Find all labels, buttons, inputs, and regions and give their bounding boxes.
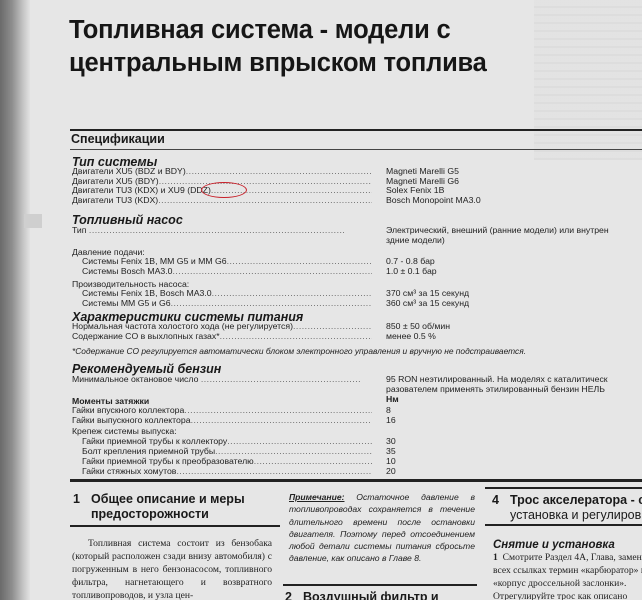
spec-row: Системы Fenix 1B, Bosch MA3.0 ..........… xyxy=(72,288,372,298)
red-highlight-circle xyxy=(201,182,247,198)
spec-label: Двигатели XU5 (BDZ и BDY) xyxy=(72,166,186,176)
spec-row: Гайки стяжных хомутов ..................… xyxy=(72,466,372,476)
leader-dots: ........................................… xyxy=(89,225,379,235)
section-title-line: Трос акселератора - с xyxy=(510,493,642,507)
spec-value: 10 xyxy=(386,456,396,466)
exhaust-label: Крепеж системы выпуска: xyxy=(72,426,177,436)
paragraph-number: 1 xyxy=(493,552,498,563)
page-title: Топливная система - модели с центральным… xyxy=(69,14,549,80)
leader-dots: ........................................… xyxy=(254,456,372,466)
spec-label: Гайки выпускного коллектора xyxy=(72,415,191,425)
spec-row: Системы Fenix 1B, MM G5 и MM G6 ........… xyxy=(72,256,372,266)
divider xyxy=(485,524,642,526)
divider xyxy=(70,479,642,482)
spec-row: Двигатели XU5 (BDZ и BDY) ..............… xyxy=(72,166,372,176)
spec-value: 370 см³ за 15 секунд xyxy=(386,288,469,298)
spec-row: Гайки впускного коллектора .............… xyxy=(72,405,372,415)
section-number: 2 xyxy=(285,590,303,600)
spec-value: 95 RON неэтилированный. На моделях с кат… xyxy=(386,374,608,384)
spec-label: Болт крепления приемной трубы xyxy=(82,446,215,456)
leader-dots: ........................................… xyxy=(191,415,372,425)
section-title-line: установка и регулиров xyxy=(492,508,642,523)
section-1-title: 1Общее описание и меры предосторожности xyxy=(73,492,245,522)
torque-unit: Нм xyxy=(386,394,399,404)
spec-row: Гайки приемной трубы к коллектору ......… xyxy=(72,436,372,446)
divider xyxy=(70,525,280,527)
spec-label: Минимальное октановое число xyxy=(72,374,198,384)
spec-label: Системы Fenix 1B, MM G5 и MM G6 xyxy=(82,256,227,266)
section-4-body: 1 Смотрите Раздел 4А, Глава, заменяя во … xyxy=(493,551,642,600)
spec-row: Минимальное октановое число ............… xyxy=(72,374,361,384)
removal-installation-heading: Снятие и установка xyxy=(493,539,615,551)
spec-label: Тип xyxy=(72,225,86,235)
specifications-heading: Спецификации xyxy=(71,132,165,146)
leader-dots: ........................................… xyxy=(176,466,372,476)
margin-tab-mark xyxy=(24,214,42,228)
leader-dots: ........................................… xyxy=(186,166,372,176)
spec-value: 8 xyxy=(386,405,391,415)
spec-value: 35 xyxy=(386,446,396,456)
leader-dots: ........................................… xyxy=(172,266,372,276)
section-title-line: Общее описание и меры xyxy=(91,492,245,506)
spec-label: Системы Fenix 1B, Bosch MA3.0 xyxy=(82,288,212,298)
show-through-text xyxy=(534,0,642,160)
spec-label: Гайки впускного коллектора xyxy=(72,405,184,415)
spec-value: 850 ± 50 об/мин xyxy=(386,321,450,331)
spec-label: Гайки стяжных хомутов xyxy=(82,466,176,476)
divider xyxy=(70,149,642,150)
spec-value: Magneti Marelli G5 xyxy=(386,166,459,176)
spec-value: менее 0.5 % xyxy=(386,331,436,341)
title-line-2: центральным впрыском топлива xyxy=(69,47,549,80)
section-4-text: Смотрите Раздел 4А, Глава, заменяя во вс… xyxy=(493,552,642,600)
footnote: *Содержание CO регулируется автоматическ… xyxy=(72,346,526,356)
spec-label: Гайки приемной трубы к коллектору xyxy=(82,436,227,446)
spec-value: 1.0 ± 0.1 бар xyxy=(386,266,437,276)
spec-row: Нормальная частота холостого хода (не ре… xyxy=(72,321,372,331)
section-title-line: предосторожности xyxy=(73,507,245,522)
spec-label: Гайки приемной трубы к преобразователю xyxy=(82,456,254,466)
spec-label: Двигатели TU3 (KDX) и XU9 (DDZ) xyxy=(72,185,211,195)
spec-label: Нормальная частота холостого хода (не ре… xyxy=(72,321,293,331)
spec-value: 30 xyxy=(386,436,396,446)
spec-row: Содержание CO в выхлопных газах* .......… xyxy=(72,331,372,341)
section-1-body: Топливная система состоит из бензобака (… xyxy=(72,537,272,600)
spec-value: 16 xyxy=(386,415,396,425)
spec-label: Системы MM G5 и G6 xyxy=(82,298,171,308)
spec-label: Содержание CO в выхлопных газах* xyxy=(72,331,220,341)
spec-value: разователем применять этилированный бенз… xyxy=(386,384,605,394)
spec-row: Болт крепления приемной трубы ..........… xyxy=(72,446,372,456)
spec-label: Двигатели TU3 (KDX) xyxy=(72,195,158,205)
section-4-title: 4Трос акселератора - с установка и регул… xyxy=(492,493,642,523)
divider xyxy=(283,584,477,586)
leader-dots: ........................................… xyxy=(227,256,372,266)
leader-dots: ........................................… xyxy=(212,288,372,298)
spec-value: 0.7 - 0.8 бар xyxy=(386,256,435,266)
leader-dots: ........................................… xyxy=(159,176,372,186)
spec-value: Magneti Marelli G6 xyxy=(386,176,459,186)
spec-value: Bosch Monopoint MA3.0 xyxy=(386,195,481,205)
section-number: 1 xyxy=(73,492,91,507)
section-title-line: Воздушный фильтр и xyxy=(303,590,439,600)
section-number: 4 xyxy=(492,493,510,508)
spec-value: Solex Fenix 1B xyxy=(386,185,444,195)
spec-label: Системы Bosch MA3.0 xyxy=(82,266,172,276)
book-gutter-shadow xyxy=(0,0,30,600)
spec-value: 360 см³ за 15 секунд xyxy=(386,298,469,308)
spec-value: здние модели) xyxy=(386,235,445,245)
divider xyxy=(70,129,642,131)
leader-dots: ........................................… xyxy=(215,446,372,456)
spec-row: Тип ....................................… xyxy=(72,225,379,235)
leader-dots: ........................................… xyxy=(220,331,372,341)
spec-value: Электрический, внешний (ранние модели) и… xyxy=(386,225,609,235)
leader-dots: ........................................… xyxy=(201,374,361,384)
divider xyxy=(485,487,642,489)
spec-row: Гайки приемной трубы к преобразователю .… xyxy=(72,456,372,466)
spec-row: Гайки выпускного коллектора ............… xyxy=(72,415,372,425)
leader-dots: ........................................… xyxy=(227,436,372,446)
spec-row: Системы Bosch MA3.0 ....................… xyxy=(72,266,372,276)
section-2-title: 2Воздушный фильтр и xyxy=(285,590,439,600)
spec-row: Системы MM G5 и G6 .....................… xyxy=(72,298,372,308)
title-line-1: Топливная система - модели с xyxy=(69,14,549,47)
note-label: Примечание: xyxy=(289,492,344,502)
leader-dots: ........................................… xyxy=(171,298,372,308)
spec-value: 20 xyxy=(386,466,396,476)
leader-dots: ........................................… xyxy=(184,405,372,415)
leader-dots: ........................................… xyxy=(293,321,372,331)
note-text: Остаточное давление в топливопроводах со… xyxy=(289,492,475,563)
leader-dots: ........................................… xyxy=(158,195,372,205)
spec-label: Двигатели XU5 (BDY) xyxy=(72,176,159,186)
note-block: Примечание: Остаточное давление в топлив… xyxy=(289,491,475,565)
